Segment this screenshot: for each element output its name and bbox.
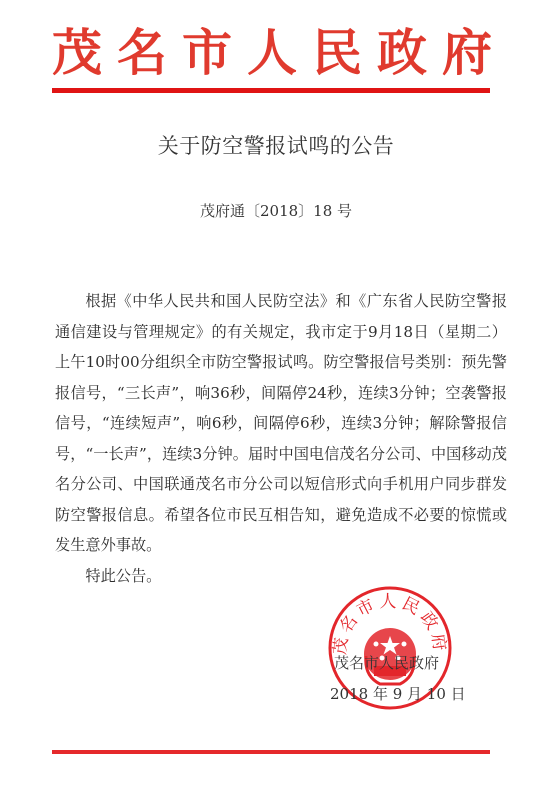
- footer-divider: [52, 750, 490, 754]
- letterhead-title: 茂 名 市 人 民 政 府: [52, 22, 492, 84]
- letterhead-char: 人: [247, 28, 297, 78]
- letterhead-char: 市: [182, 28, 232, 78]
- signature: 茂名市人民政府: [334, 652, 439, 673]
- letterhead-char: 民: [312, 28, 362, 78]
- document-body: 根据《中华人民共和国人民防空法》和《广东省人民防空警报通信建设与管理规定》的有关…: [55, 286, 507, 591]
- letterhead-char: 政: [377, 28, 427, 78]
- document-number: 茂府通〔2018〕18 号: [0, 200, 552, 221]
- letterhead-char: 茂: [52, 28, 102, 78]
- body-paragraph: 根据《中华人民共和国人民防空法》和《广东省人民防空警报通信建设与管理规定》的有关…: [55, 286, 507, 561]
- document-title: 关于防空警报试鸣的公告: [0, 130, 552, 160]
- letterhead-divider: [52, 88, 490, 93]
- signature-date: 2018 年 9 月 10 日: [330, 683, 466, 704]
- letterhead-char: 名: [117, 28, 167, 78]
- letterhead-char: 府: [442, 28, 492, 78]
